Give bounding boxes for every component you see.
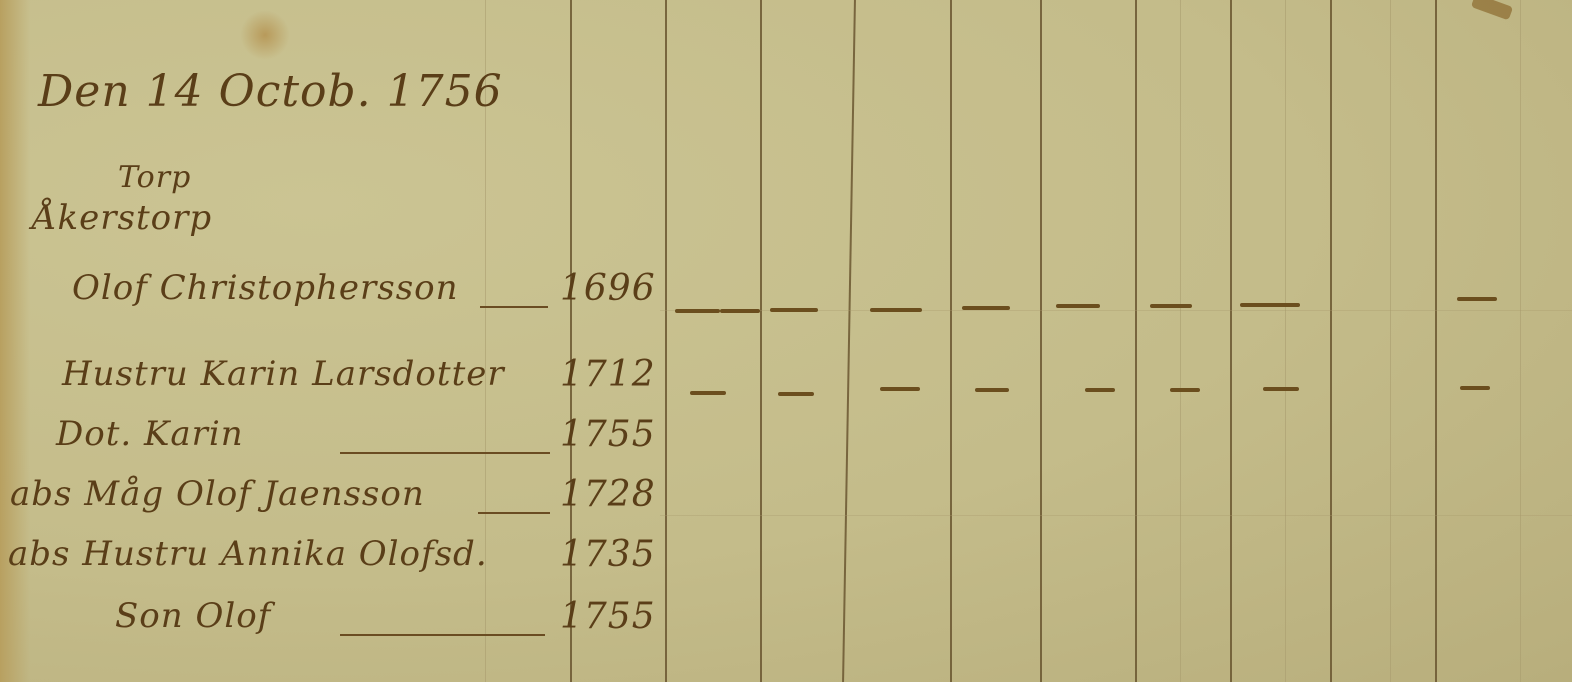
date-line: Den 14 Octob. 1756: [38, 66, 503, 117]
ledger-page: Den 14 Octob. 1756 Torp Åkerstorp Olof C…: [0, 0, 1572, 682]
entry-year: 1712: [560, 354, 656, 395]
column-rule-faint: [1285, 0, 1286, 682]
grid-mark: [1150, 304, 1192, 308]
column-rule: [1330, 0, 1332, 682]
grid-mark: [1240, 303, 1300, 307]
grid-mark: [880, 387, 920, 391]
entry-year: 1696: [560, 268, 656, 309]
place-name: Åkerstorp: [32, 198, 212, 238]
entry-row: abs Hustru Annika Olofsd. 1735: [0, 534, 700, 594]
grid-mark: [1170, 388, 1200, 392]
entry-row: Hustru Karin Larsdotter 1712: [0, 354, 700, 414]
paper-stain: [240, 10, 290, 60]
entry-year: 1728: [560, 474, 656, 515]
entry-name: Hustru Karin Larsdotter: [62, 354, 505, 394]
leader-line: [340, 452, 550, 454]
entry-row: Olof Christophersson 1696: [0, 268, 700, 328]
grid-mark: [778, 392, 814, 396]
place-superscript: Torp: [118, 160, 191, 195]
entry-row: Son Olof 1755: [0, 596, 700, 656]
leader-line: [480, 306, 548, 308]
leader-line: [340, 634, 545, 636]
row-rule: [660, 515, 1572, 516]
column-rule: [1435, 0, 1437, 682]
grid-mark: [1056, 304, 1100, 308]
entry-row: Dot. Karin 1755: [0, 414, 700, 474]
entry-name: Olof Christophersson: [72, 268, 459, 308]
entry-name: abs Måg Olof Jaensson: [10, 474, 425, 514]
entry-row: abs Måg Olof Jaensson 1728: [0, 474, 700, 534]
leader-line: [478, 512, 550, 514]
grid-mark: [1460, 386, 1490, 390]
column-rule: [1040, 0, 1042, 682]
entry-name: abs Hustru Annika Olofsd.: [8, 534, 488, 574]
ink-mark: [1471, 0, 1513, 20]
entry-year: 1755: [560, 596, 656, 637]
grid-mark: [1085, 388, 1115, 392]
grid-mark: [1457, 297, 1497, 301]
grid-mark: [690, 391, 726, 395]
column-rule-faint: [1520, 0, 1521, 682]
entry-year: 1755: [560, 414, 656, 455]
column-rule-faint: [1390, 0, 1391, 682]
grid-mark: [770, 308, 818, 312]
entry-name: Son Olof: [115, 596, 271, 636]
entry-name: Dot. Karin: [56, 414, 244, 454]
column-rule: [1230, 0, 1232, 682]
grid-mark: [1263, 387, 1299, 391]
column-rule: [1135, 0, 1137, 682]
grid-mark: [962, 306, 1010, 310]
column-rule: [842, 0, 856, 682]
column-rule: [760, 0, 762, 682]
column-rule: [950, 0, 952, 682]
entry-year: 1735: [560, 534, 656, 575]
column-rule-faint: [1180, 0, 1181, 682]
grid-mark: [720, 309, 760, 313]
grid-mark: [675, 309, 720, 313]
grid-mark: [975, 388, 1009, 392]
grid-mark: [870, 308, 922, 312]
